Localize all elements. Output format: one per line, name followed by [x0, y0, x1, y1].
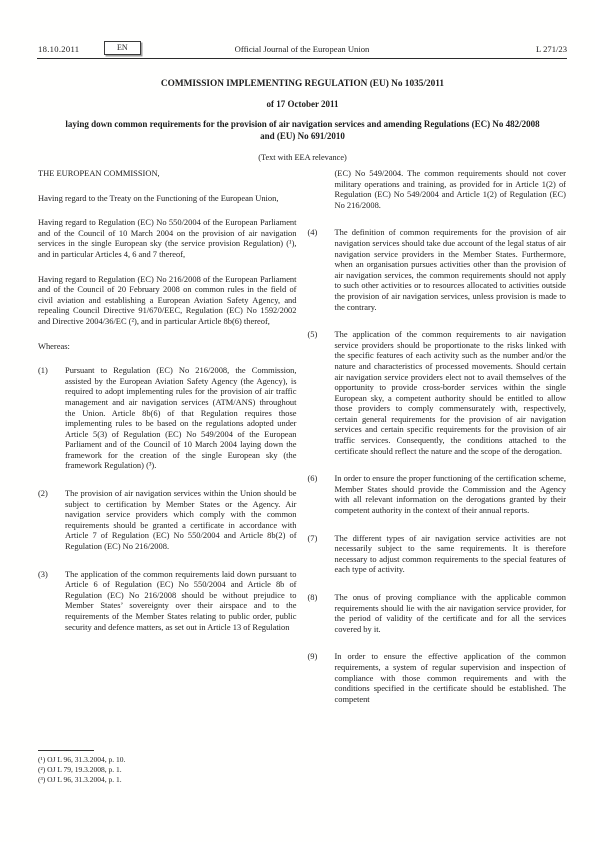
recital-text: In order to ensure the effective applica…	[335, 651, 567, 704]
recital-continuation: (EC) No 549/2004. The common requirement…	[308, 168, 567, 210]
recital-item: (8) The onus of proving compliance with …	[308, 592, 567, 634]
recital-number: (3)	[38, 569, 65, 633]
recital-number: (9)	[308, 651, 335, 704]
recital-text: The different types of air navigation se…	[335, 533, 567, 575]
recital-number: (4)	[308, 227, 335, 312]
recital-item: (3) The application of the common requir…	[38, 569, 297, 633]
recital-item: (9) In order to ensure the effective app…	[308, 651, 567, 704]
recital-text: The provision of air navigation services…	[65, 488, 297, 552]
footnote-item: (³) OJ L 96, 31.3.2004, p. 1.	[38, 775, 296, 785]
footnote-divider	[38, 750, 94, 751]
recital-item: (1) Pursuant to Regulation (EC) No 216/2…	[38, 365, 297, 471]
column-left: THE EUROPEAN COMMISSION, Having regard t…	[38, 168, 297, 721]
recital-text: In order to ensure the proper functionin…	[335, 473, 567, 515]
recital-number: (6)	[308, 473, 335, 515]
regulation-title: COMMISSION IMPLEMENTING REGULATION (EU) …	[55, 79, 550, 89]
intro-paragraph: Having regard to Regulation (EC) No 550/…	[38, 217, 297, 259]
recital-item: (5) The application of the common requir…	[308, 329, 567, 456]
page-reference: L 271/23	[536, 44, 567, 54]
footnote-item: (²) OJ L 79, 19.3.2008, p. 1.	[38, 765, 296, 775]
column-right: (EC) No 549/2004. The common requirement…	[308, 168, 567, 721]
recital-text: The onus of proving compliance with the …	[335, 592, 567, 634]
footnote-item: (¹) OJ L 96, 31.3.2004, p. 10.	[38, 755, 296, 765]
recital-item: (4) The definition of common requirement…	[308, 227, 567, 312]
body-columns: THE EUROPEAN COMMISSION, Having regard t…	[38, 168, 566, 721]
recital-text: The definition of common requirements fo…	[335, 227, 567, 312]
recital-item: (2) The provision of air navigation serv…	[38, 488, 297, 552]
recital-item: (6) In order to ensure the proper functi…	[308, 473, 567, 515]
recital-item: (7) The different types of air navigatio…	[308, 533, 567, 575]
intro-paragraph: Having regard to the Treaty on the Funct…	[38, 193, 297, 204]
header-divider	[37, 58, 567, 59]
regulation-subject: laying down common requirements for the …	[64, 119, 542, 142]
recital-number: (1)	[38, 365, 65, 471]
recital-text: Pursuant to Regulation (EC) No 216/2008,…	[65, 365, 297, 471]
regulation-date: of 17 October 2011	[55, 99, 550, 109]
recital-text: The application of the common requiremen…	[335, 329, 567, 456]
recital-number: (2)	[38, 488, 65, 552]
recital-text: The application of the common requiremen…	[65, 569, 297, 633]
header-date: 18.10.2011	[38, 44, 79, 54]
footnotes-block: (¹) OJ L 96, 31.3.2004, p. 10. (²) OJ L …	[38, 750, 296, 785]
page-header: 18.10.2011 EN Official Journal of the Eu…	[37, 42, 567, 57]
eea-relevance-note: (Text with EEA relevance)	[55, 153, 550, 162]
recital-number: (7)	[308, 533, 335, 575]
language-badge: EN	[104, 41, 141, 55]
whereas-label: Whereas:	[38, 341, 297, 352]
recital-number: (5)	[308, 329, 335, 456]
intro-paragraph: THE EUROPEAN COMMISSION,	[38, 168, 297, 179]
title-block: COMMISSION IMPLEMENTING REGULATION (EU) …	[55, 79, 550, 162]
recital-number: (8)	[308, 592, 335, 634]
intro-paragraph: Having regard to Regulation (EC) No 216/…	[38, 274, 297, 327]
journal-page: 18.10.2011 EN Official Journal of the Eu…	[0, 0, 595, 842]
